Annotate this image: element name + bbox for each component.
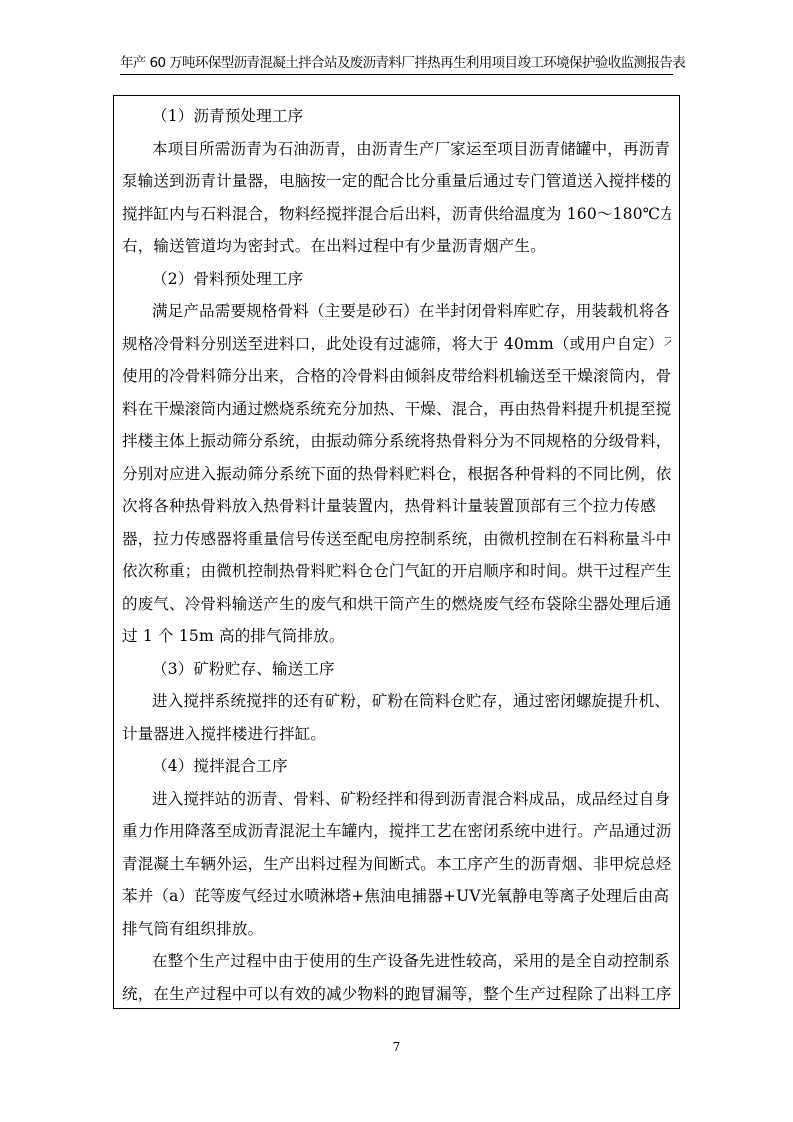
paragraph-line: 器，拉力传感器将重量信号传送至配电房控制系统，由微机控制在石料称量斗中 — [122, 523, 671, 556]
page-header-title: 年产 60 万吨环保型沥青混凝土拌合站及废沥青料厂拌热再生利用项目竣工环境保护验… — [120, 54, 673, 75]
paragraph-line: 规格冷骨料分别送至进料口，此处设有过滤筛，将大于 40mm（或用户自定）不 — [122, 328, 671, 361]
paragraph-line: 右，输送管道均为密封式。在出料过程中有少量沥青烟产生。 — [122, 230, 671, 263]
paragraph-line: 料在干燥滚筒内通过燃烧系统充分加热、干燥、混合，再由热骨料提升机提至搅 — [122, 393, 671, 426]
section-heading-2: （2）骨料预处理工序 — [122, 263, 671, 296]
paragraph-line: 本项目所需沥青为石油沥青，由沥青生产厂家运至项目沥青储罐中，再沥青 — [122, 133, 671, 166]
paragraph-line: 次将各种热骨料放入热骨料计量装置内，热骨料计量装置顶部有三个拉力传感 — [122, 490, 671, 523]
paragraph-line: 进入搅拌站的沥青、骨料、矿粉经拌和得到沥青混合料成品，成品经过自身 — [122, 783, 671, 816]
paragraph-line: 使用的冷骨料筛分出来，合格的冷骨料由倾斜皮带给料机输送至干燥滚筒内，骨 — [122, 360, 671, 393]
paragraph-line: 统，在生产过程中可以有效的减少物料的跑冒漏等，整个生产过程除了出料工序， — [122, 978, 671, 1011]
paragraph-line: 分别对应进入振动筛分系统下面的热骨料贮料仓，根据各种骨料的不同比例，依 — [122, 458, 671, 491]
page-number: 7 — [0, 1040, 793, 1054]
section-heading-1: （1）沥青预处理工序 — [122, 100, 671, 133]
paragraph-line: 在整个生产过程中由于使用的生产设备先进性较高，采用的是全自动控制系 — [122, 945, 671, 978]
paragraph-line: 青混凝土车辆外运，生产出料过程为间断式。本工序产生的沥青烟、非甲烷总烃、 — [122, 848, 671, 881]
paragraph-line: 拌楼主体上振动筛分系统，由振动筛分系统将热骨料分为不同规格的分级骨料， — [122, 425, 671, 458]
paragraph-line: 进入搅拌系统搅拌的还有矿粉，矿粉在筒料仓贮存，通过密闭螺旋提升机、 — [122, 685, 671, 718]
paragraph-line: 满足产品需要规格骨料（主要是砂石）在半封闭骨料库贮存，用装载机将各 — [122, 295, 671, 328]
paragraph-line: 排气筒有组织排放。 — [122, 913, 671, 946]
paragraph-line: 重力作用降落至成沥青混泥土车罐内，搅拌工艺在密闭系统中进行。产品通过沥 — [122, 815, 671, 848]
paragraph-line: 依次称重；由微机控制热骨料贮料仓仓门气缸的开启顺序和时间。烘干过程产生 — [122, 555, 671, 588]
section-heading-4: （4）搅拌混合工序 — [122, 750, 671, 783]
paragraph-line: 计量器进入搅拌楼进行拌缸。 — [122, 718, 671, 751]
paragraph-line: 苯并（a）芘等废气经过水喷淋塔+焦油电捕器+UV光氧静电等离子处理后由高15m — [122, 880, 671, 913]
content-table-cell: （1）沥青预处理工序 本项目所需沥青为石油沥青，由沥青生产厂家运至项目沥青储罐中… — [113, 95, 680, 1009]
paragraph-line: 的废气、冷骨料输送产生的废气和烘干筒产生的燃烧废气经布袋除尘器处理后通 — [122, 588, 671, 621]
paragraph-line: 泵输送到沥青计量器，电脑按一定的配合比分重量后通过专门管道送入搅拌楼的 — [122, 165, 671, 198]
paragraph-line: 过 1 个 15m 高的排气筒排放。 — [122, 620, 671, 653]
section-heading-3: （3）矿粉贮存、输送工序 — [122, 653, 671, 686]
paragraph-line: 搅拌缸内与石料混合，物料经搅拌混合后出料，沥青供给温度为 160～180℃左 — [122, 198, 671, 231]
